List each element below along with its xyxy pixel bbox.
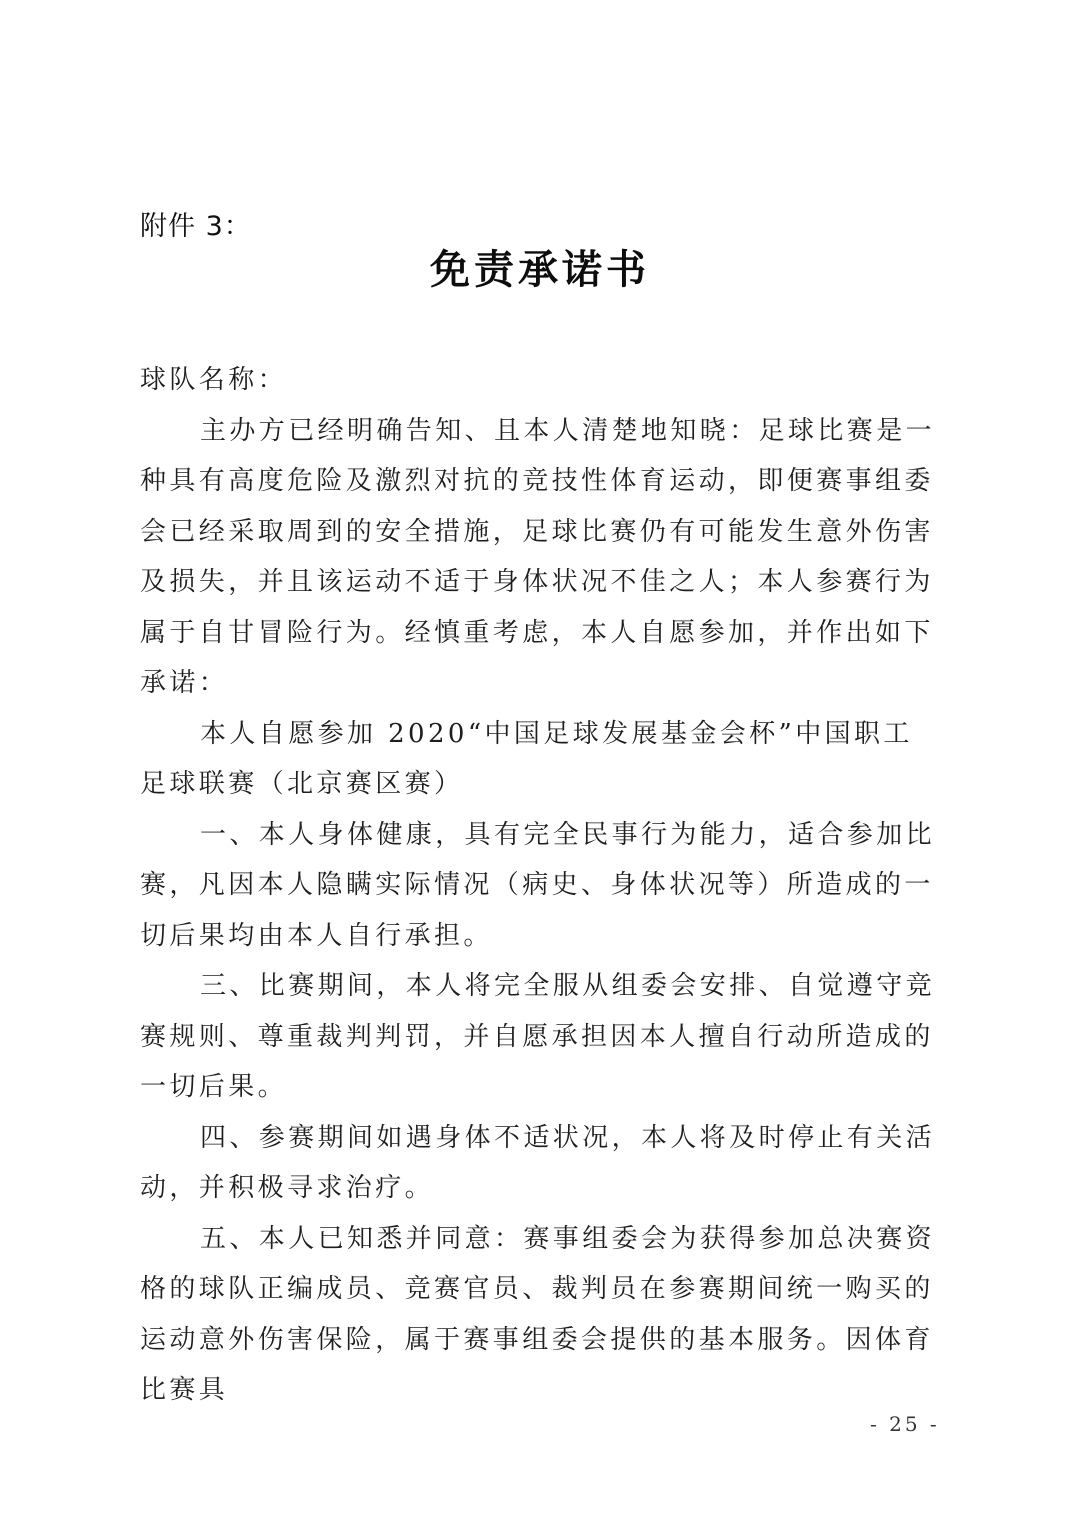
paragraph-clause-5: 五、本人已知悉并同意：赛事组委会为获得参加总决赛资格的球队正编成员、竞赛官员、裁… — [140, 1214, 940, 1416]
paragraph-participation: 本人自愿参加 2020“中国足球发展基金会杯”中国职工足球联赛（北京赛区赛） — [140, 709, 940, 810]
paragraph-clause-1: 一、本人身体健康，具有完全民事行为能力，适合参加比赛，凡因本人隐瞒实际情况（病史… — [140, 810, 940, 962]
team-name-label: 球队名称： — [140, 355, 940, 406]
paragraph-clause-3: 三、比赛期间，本人将完全服从组委会安排、自觉遵守竞赛规则、尊重裁判判罚，并自愿承… — [140, 961, 940, 1113]
paragraph-clause-4: 四、参赛期间如遇身体不适状况，本人将及时停止有关活动，并积极寻求治疗。 — [140, 1113, 940, 1214]
paragraph-intro: 主办方已经明确告知、且本人清楚地知晓：足球比赛是一种具有高度危险及激烈对抗的竞技… — [140, 406, 940, 709]
page-number: - 25 - — [870, 1412, 940, 1436]
document-title: 免责承诺书 — [0, 238, 1080, 295]
document-body: 球队名称： 主办方已经明确告知、且本人清楚地知晓：足球比赛是一种具有高度危险及激… — [140, 355, 940, 1416]
